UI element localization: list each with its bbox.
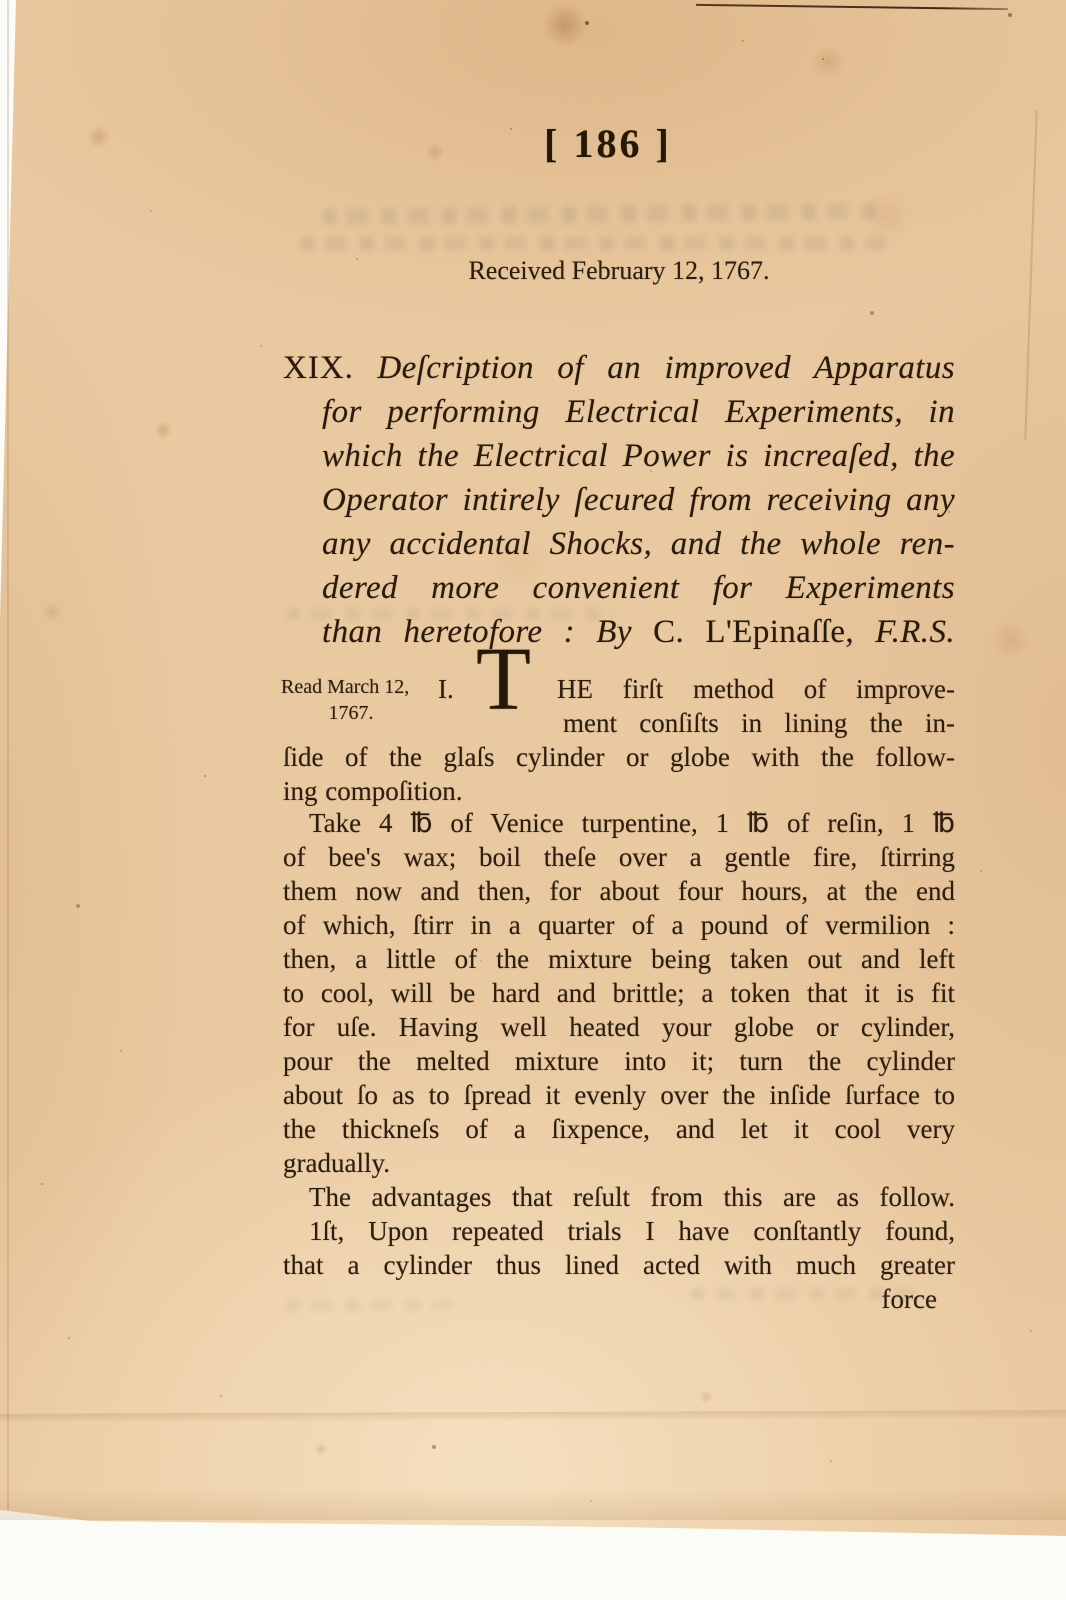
body-line: about ſo as to ſpread it evenly over the… [283,1078,955,1112]
bottom-edge-shading [0,1488,1066,1520]
scanned-page: [ 186 ] Received February 12, 1767. XIX.… [0,0,1066,1600]
article-title-line: any accidental Shocks, and the whole ren… [322,526,955,563]
article-title-line: which the Electrical Power is increaſed,… [322,438,955,475]
marginal-read-date: Read March 12, [281,676,433,699]
article-title-line: dered more convenient for Experiments [322,570,955,607]
author-name: C. L'Epinaſſe, [653,614,854,650]
body-line: gradually. [283,1146,955,1180]
article-title-line: XIX. Deſcription of an improved Apparatu… [283,350,955,387]
body-line: of bee's wax; boil theſe over a gentle f… [283,840,955,874]
marginal-read-date: 1767. [281,702,421,725]
drop-cap-letter: T [476,650,531,710]
article-title-line: for performing Electrical Experiments, i… [322,394,955,431]
body-line: them now and then, for about four hours,… [283,874,955,908]
body-line: 1ſt, Upon repeated trials I have conſtan… [283,1214,955,1248]
show-through-ghost-text [300,237,900,250]
page-number: [ 186 ] [283,120,933,167]
foxing-specks [0,0,2,2]
title-text: Deſcription of an improved Apparatus [377,350,955,386]
body-line: HE firſt method of improve- [557,672,955,706]
author-postnominal: F.R.S. [875,614,955,650]
body-line: ment conſiſts in lining the in- [563,706,955,740]
body-line: for uſe. Having well heated your globe o… [283,1010,955,1044]
section-number: I. [438,672,454,706]
catchword: force [283,1282,955,1316]
body-line: ing compoſition. [283,774,955,808]
body-line: to cool, will be hard and brittle; a tok… [283,976,955,1010]
body-line: ſide of the glaſs cylinder or globe with… [283,740,955,774]
body-line: Take 4 ℔ of Venice turpentine, 1 ℔ of re… [283,806,955,840]
article-number: XIX. [283,350,354,386]
left-fold-crease [7,0,9,1510]
received-date-line: Received February 12, 1767. [283,256,955,286]
body-line: then, a little of the mixture being take… [283,942,955,976]
body-line: The advantages that reſult from this are… [283,1180,955,1214]
body-line: pour the melted mixture into it; turn th… [283,1044,955,1078]
body-line: of which, ſtirr in a quarter of a pound … [283,908,955,942]
body-line: that a cylinder thus lined acted with mu… [283,1248,955,1282]
article-title-line: than heretofore : By C. L'Epinaſſe, F.R.… [322,614,955,651]
article-title-line: Operator intirely ſecured from receiving… [322,482,955,519]
body-line: the thickneſs of a ſixpence, and let it … [283,1112,955,1146]
